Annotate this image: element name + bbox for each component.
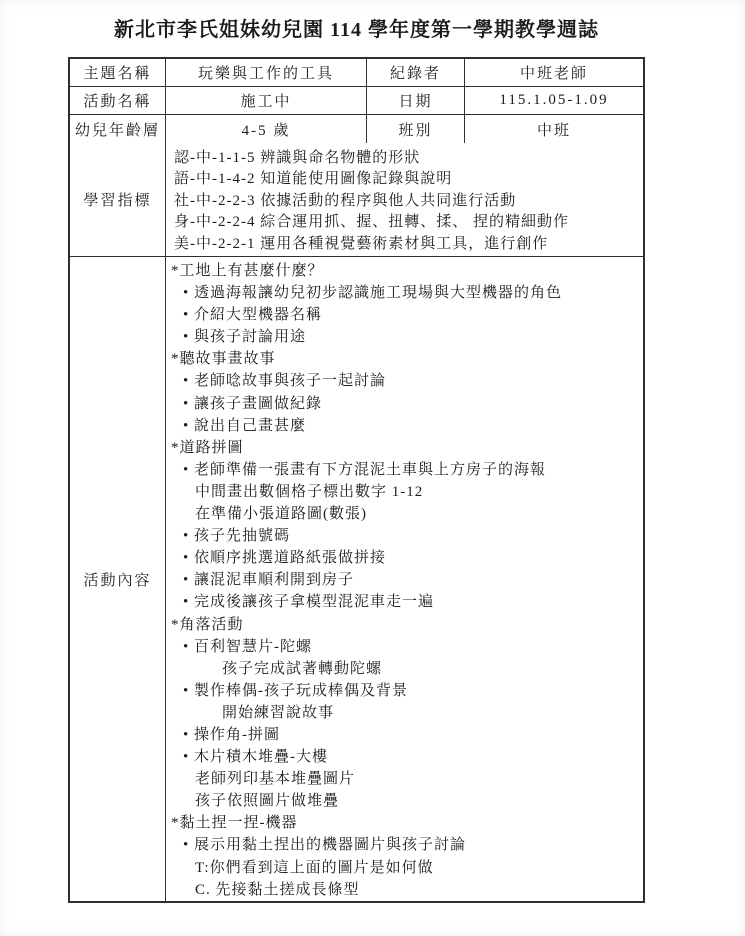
activity-line: • 展示用黏土捏出的機器圖片與孩子討論 (166, 834, 641, 856)
activity-line: C. 先接黏土搓成長條型 (166, 879, 641, 901)
activity-line: • 木片積木堆疊-大樓 (166, 746, 641, 768)
activity-line: 在準備小張道路圖(數張) (166, 503, 641, 525)
info-value-right: 中班 (465, 115, 643, 143)
activity-line: • 百利智慧片-陀螺 (166, 636, 641, 658)
activity-line: *工地上有甚麼什麼？ (166, 260, 641, 282)
info-value-left: 施工中 (166, 87, 367, 114)
activity-line: *聽故事畫故事 (166, 348, 641, 370)
activities-row: 活動內容 *工地上有甚麼什麼？ • 透過海報讓幼兒初步認識施工現場與大型機器的角… (70, 257, 643, 901)
info-rows: 主題名稱 玩樂與工作的工具 紀錄者 中班老師 活動名稱 施工中 日期 115.1… (70, 59, 643, 143)
journal-content: 新北市李氏姐妹幼兒園 114 學年度第一學期教學週誌 主題名稱 玩樂與工作的工具… (68, 0, 645, 903)
activities-content: *工地上有甚麼什麼？ • 透過海報讓幼兒初步認識施工現場與大型機器的角色 • 介… (166, 257, 643, 901)
activity-line: T:你們看到這上面的圖片是如何做 (166, 857, 641, 879)
activity-line: • 透過海報讓幼兒初步認識施工現場與大型機器的角色 (166, 282, 641, 304)
info-row: 活動名稱 施工中 日期 115.1.05-1.09 (70, 87, 643, 115)
indicators-label: 學習指標 (70, 143, 166, 256)
activity-line: • 與孩子討論用途 (166, 326, 641, 348)
indicators-row: 學習指標 認-中-1-1-5 辨識與命名物體的形狀 語-中-1-4-2 知道能使… (70, 143, 643, 257)
journal-table: 主題名稱 玩樂與工作的工具 紀錄者 中班老師 活動名稱 施工中 日期 115.1… (68, 57, 645, 903)
info-value-left: 玩樂與工作的工具 (166, 59, 367, 86)
info-row: 幼兒年齡層 4-5 歲 班別 中班 (70, 115, 643, 143)
info-value-right: 中班老師 (465, 59, 643, 86)
info-label-right: 紀錄者 (367, 59, 465, 86)
info-label-left: 幼兒年齡層 (70, 115, 166, 143)
indicator-line: 社-中-2-2-3 依據活動的程序與他人共同進行活動 (174, 191, 639, 212)
indicator-line: 身-中-2-2-4 綜合運用抓、握、扭轉、揉、 捏的精細動作 (174, 212, 639, 233)
activity-line: 中間畫出數個格子標出數字 1-12 (166, 481, 641, 503)
indicator-line: 美-中-2-2-1 運用各種視覺藝術素材與工具，進行創作 (174, 234, 639, 255)
activity-line: 開始練習說故事 (166, 702, 641, 724)
activity-line: *角落活動 (166, 614, 641, 636)
info-label-left: 活動名稱 (70, 87, 166, 114)
activity-line: • 老師唸故事與孩子一起討論 (166, 370, 641, 392)
activity-line: • 老師準備一張畫有下方混泥土車與上方房子的海報 (166, 459, 641, 481)
indicator-line: 認-中-1-1-5 辨識與命名物體的形狀 (174, 148, 639, 169)
info-value-left: 4-5 歲 (166, 115, 367, 143)
activity-line: • 製作棒偶-孩子玩成棒偶及背景 (166, 680, 641, 702)
activity-line: • 說出自己畫甚麼 (166, 415, 641, 437)
info-value-right: 115.1.05-1.09 (465, 87, 643, 114)
info-row: 主題名稱 玩樂與工作的工具 紀錄者 中班老師 (70, 59, 643, 87)
activity-line: • 孩子先抽號碼 (166, 525, 641, 547)
activity-line: • 介紹大型機器名稱 (166, 304, 641, 326)
activity-line: • 操作角-拼圖 (166, 724, 641, 746)
activities-label: 活動內容 (70, 257, 166, 901)
page-title: 新北市李氏姐妹幼兒園 114 學年度第一學期教學週誌 (68, 0, 645, 42)
activity-line: *道路拼圖 (166, 437, 641, 459)
activity-line: • 依順序挑選道路紙張做拼接 (166, 547, 641, 569)
activity-line: • 讓孩子畫圖做紀錄 (166, 393, 641, 415)
activity-line: *黏土捏一捏-機器 (166, 812, 641, 834)
activity-line: • 完成後讓孩子拿模型混泥車走一遍 (166, 591, 641, 613)
info-label-right: 日期 (367, 87, 465, 114)
info-label-left: 主題名稱 (70, 59, 166, 86)
indicator-line: 語-中-1-4-2 知道能使用圖像記錄與說明 (174, 169, 639, 190)
activity-line: • 讓混泥車順利開到房子 (166, 569, 641, 591)
activity-line: 孩子依照圖片做堆疊 (166, 790, 641, 812)
activity-line: 孩子完成試著轉動陀螺 (166, 658, 641, 680)
indicators-content: 認-中-1-1-5 辨識與命名物體的形狀 語-中-1-4-2 知道能使用圖像記錄… (166, 143, 643, 256)
activity-line: 老師列印基本堆疊圖片 (166, 768, 641, 790)
info-label-right: 班別 (367, 115, 465, 143)
journal-page: 新北市李氏姐妹幼兒園 114 學年度第一學期教學週誌 主題名稱 玩樂與工作的工具… (0, 0, 745, 936)
